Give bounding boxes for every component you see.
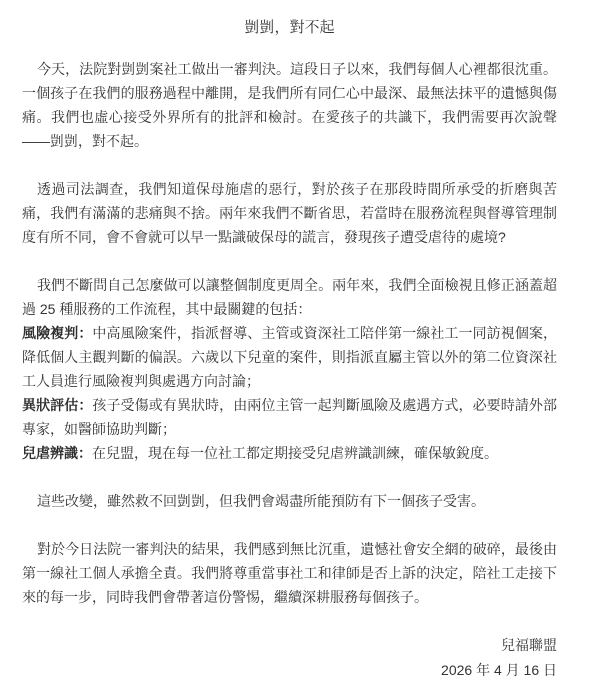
signature-date: 2026 年 4 月 16 日 — [22, 658, 557, 676]
reform-item-anomaly-assessment: 異狀評估：孩子受傷或有異狀時，由兩位主管一起判斷風險及處遇方式，必要時請外部專家… — [22, 393, 557, 441]
signature-organization: 兒福聯盟 — [22, 633, 557, 658]
reform-label: 異狀評估： — [22, 397, 92, 413]
reform-text: 在兒盟，現在每一位社工都定期接受兒虐辨識訓練，確保敏銳度。 — [92, 445, 498, 461]
paragraph-apology: 今天，法院對剴剴案社工做出一審判決。這段日子以來，我們每個人心裡都很沈重。一個孩… — [22, 57, 557, 153]
paragraph-verdict-response: 對於今日法院一審判決的結果，我們感到無比沉重，遺憾社會安全網的破碎，最後由第一線… — [22, 537, 557, 609]
reform-item-abuse-identification: 兒虐辨識：在兒盟，現在每一位社工都定期接受兒虐辨識訓練，確保敏銳度。 — [22, 441, 557, 465]
reform-label: 兒虐辨識： — [22, 445, 92, 461]
paragraph-investigation: 透過司法調查，我們知道保母施虐的惡行，對於孩子在那段時間所承受的折磨與苦痛，我們… — [22, 177, 557, 249]
document-title: 剴剴，對不起 — [22, 16, 557, 40]
reform-text: 孩子受傷或有異狀時，由兩位主管一起判斷風險及處遇方式，必要時請外部專家，如醫師協… — [22, 397, 557, 437]
paragraph-changes: 這些改變，雖然救不回剴剴，但我們會竭盡所能預防有下一個孩子受害。 — [22, 489, 557, 513]
reform-item-risk-review: 風險複判：中高風險案件，指派督導、主管或資深社工陪伴第一線社工一同訪視個案，降低… — [22, 321, 557, 393]
paragraph-process-review: 我們不斷問自己怎麼做可以讓整個制度更周全。兩年來，我們全面檢視且修正涵蓋超過 2… — [22, 273, 557, 321]
reform-label: 風險複判： — [22, 325, 92, 341]
statement-document: 剴剴，對不起 今天，法院對剴剴案社工做出一審判決。這段日子以來，我們每個人心裡都… — [0, 0, 590, 676]
signature-block: 兒福聯盟 2026 年 4 月 16 日 — [22, 633, 557, 676]
reform-text: 中高風險案件，指派督導、主管或資深社工陪伴第一線社工一同訪視個案，降低個人主觀判… — [22, 325, 557, 389]
